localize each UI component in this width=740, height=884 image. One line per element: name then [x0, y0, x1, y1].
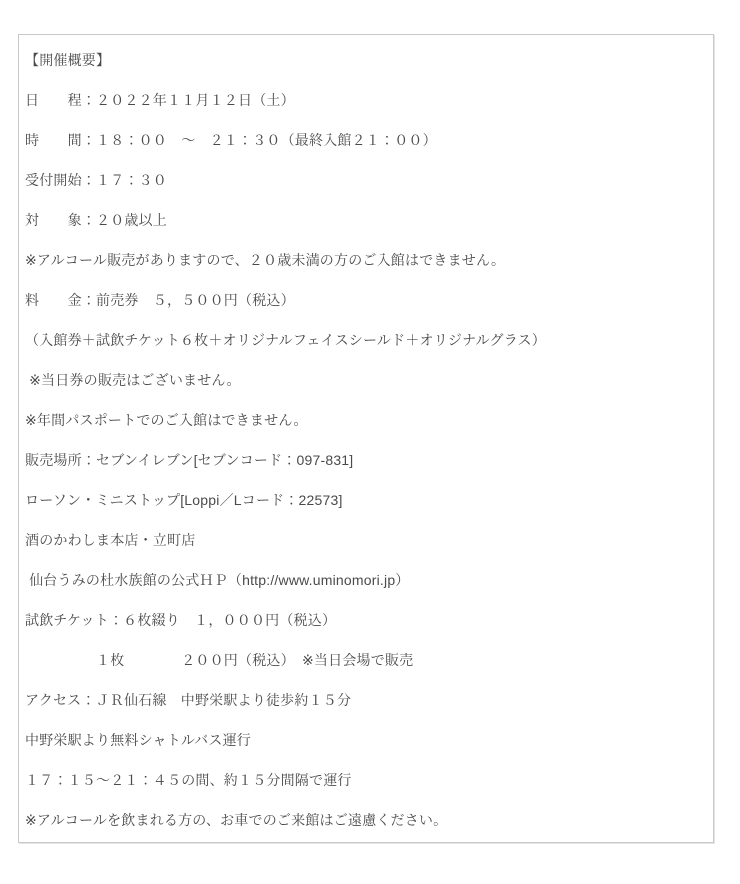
price-line: 料 金：前売券 ５，５００円（税込） — [25, 280, 703, 320]
lawson-ministop-line: ローソン・ミニストップ[Loppi／Lコード：22573] — [25, 480, 703, 520]
shuttle-bus-line: 中野栄駅より無料シャトルバス運行 — [25, 720, 703, 760]
tasting-ticket-single-line: １枚 ２００円（税込） ※当日会場で販売 — [25, 640, 703, 680]
kawashima-store-line: 酒のかわしま本店・立町店 — [25, 520, 703, 560]
shuttle-schedule-line: １７：１５～２１：４５の間、約１５分間隔で運行 — [25, 760, 703, 800]
official-hp-line: 仙台うみの杜水族館の公式ＨＰ（http://www.uminomori.jp） — [25, 560, 703, 600]
event-overview-panel: 【開催概要】 日 程：２０２２年１１月１２日（土） 時 間：１８：００ ～ ２１… — [18, 34, 714, 843]
no-annual-pass-note-line: ※年間パスポートでのご入館はできません。 — [25, 400, 703, 440]
date-line: 日 程：２０２２年１１月１２日（土） — [25, 80, 703, 120]
tasting-ticket-line: 試飲チケット：６枚綴り １，０００円（税込） — [25, 600, 703, 640]
alcohol-age-note-line: ※アルコール販売がありますので、２０歳未満の方のご入館はできません。 — [25, 240, 703, 280]
sales-location-line: 販売場所：セブンイレブン[セブンコード：097-831] — [25, 440, 703, 480]
time-line: 時 間：１８：００ ～ ２１：３０（最終入館２１：００） — [25, 120, 703, 160]
reception-start-line: 受付開始：１７：３０ — [25, 160, 703, 200]
page: 【開催概要】 日 程：２０２２年１１月１２日（土） 時 間：１８：００ ～ ２１… — [0, 0, 740, 884]
ticket-includes-line: （入館券＋試飲チケット６枚＋オリジナルフェイスシールド＋オリジナルグラス） — [25, 320, 703, 360]
target-age-line: 対 象：２０歳以上 — [25, 200, 703, 240]
no-driving-note-line: ※アルコールを飲まれる方の、お車でのご来館はご遠慮ください。 — [25, 800, 703, 840]
no-same-day-ticket-note-line: ※当日券の販売はございません。 — [25, 360, 703, 400]
access-line: アクセス：ＪＲ仙石線 中野栄駅より徒歩約１５分 — [25, 680, 703, 720]
section-heading: 【開催概要】 — [25, 40, 703, 80]
